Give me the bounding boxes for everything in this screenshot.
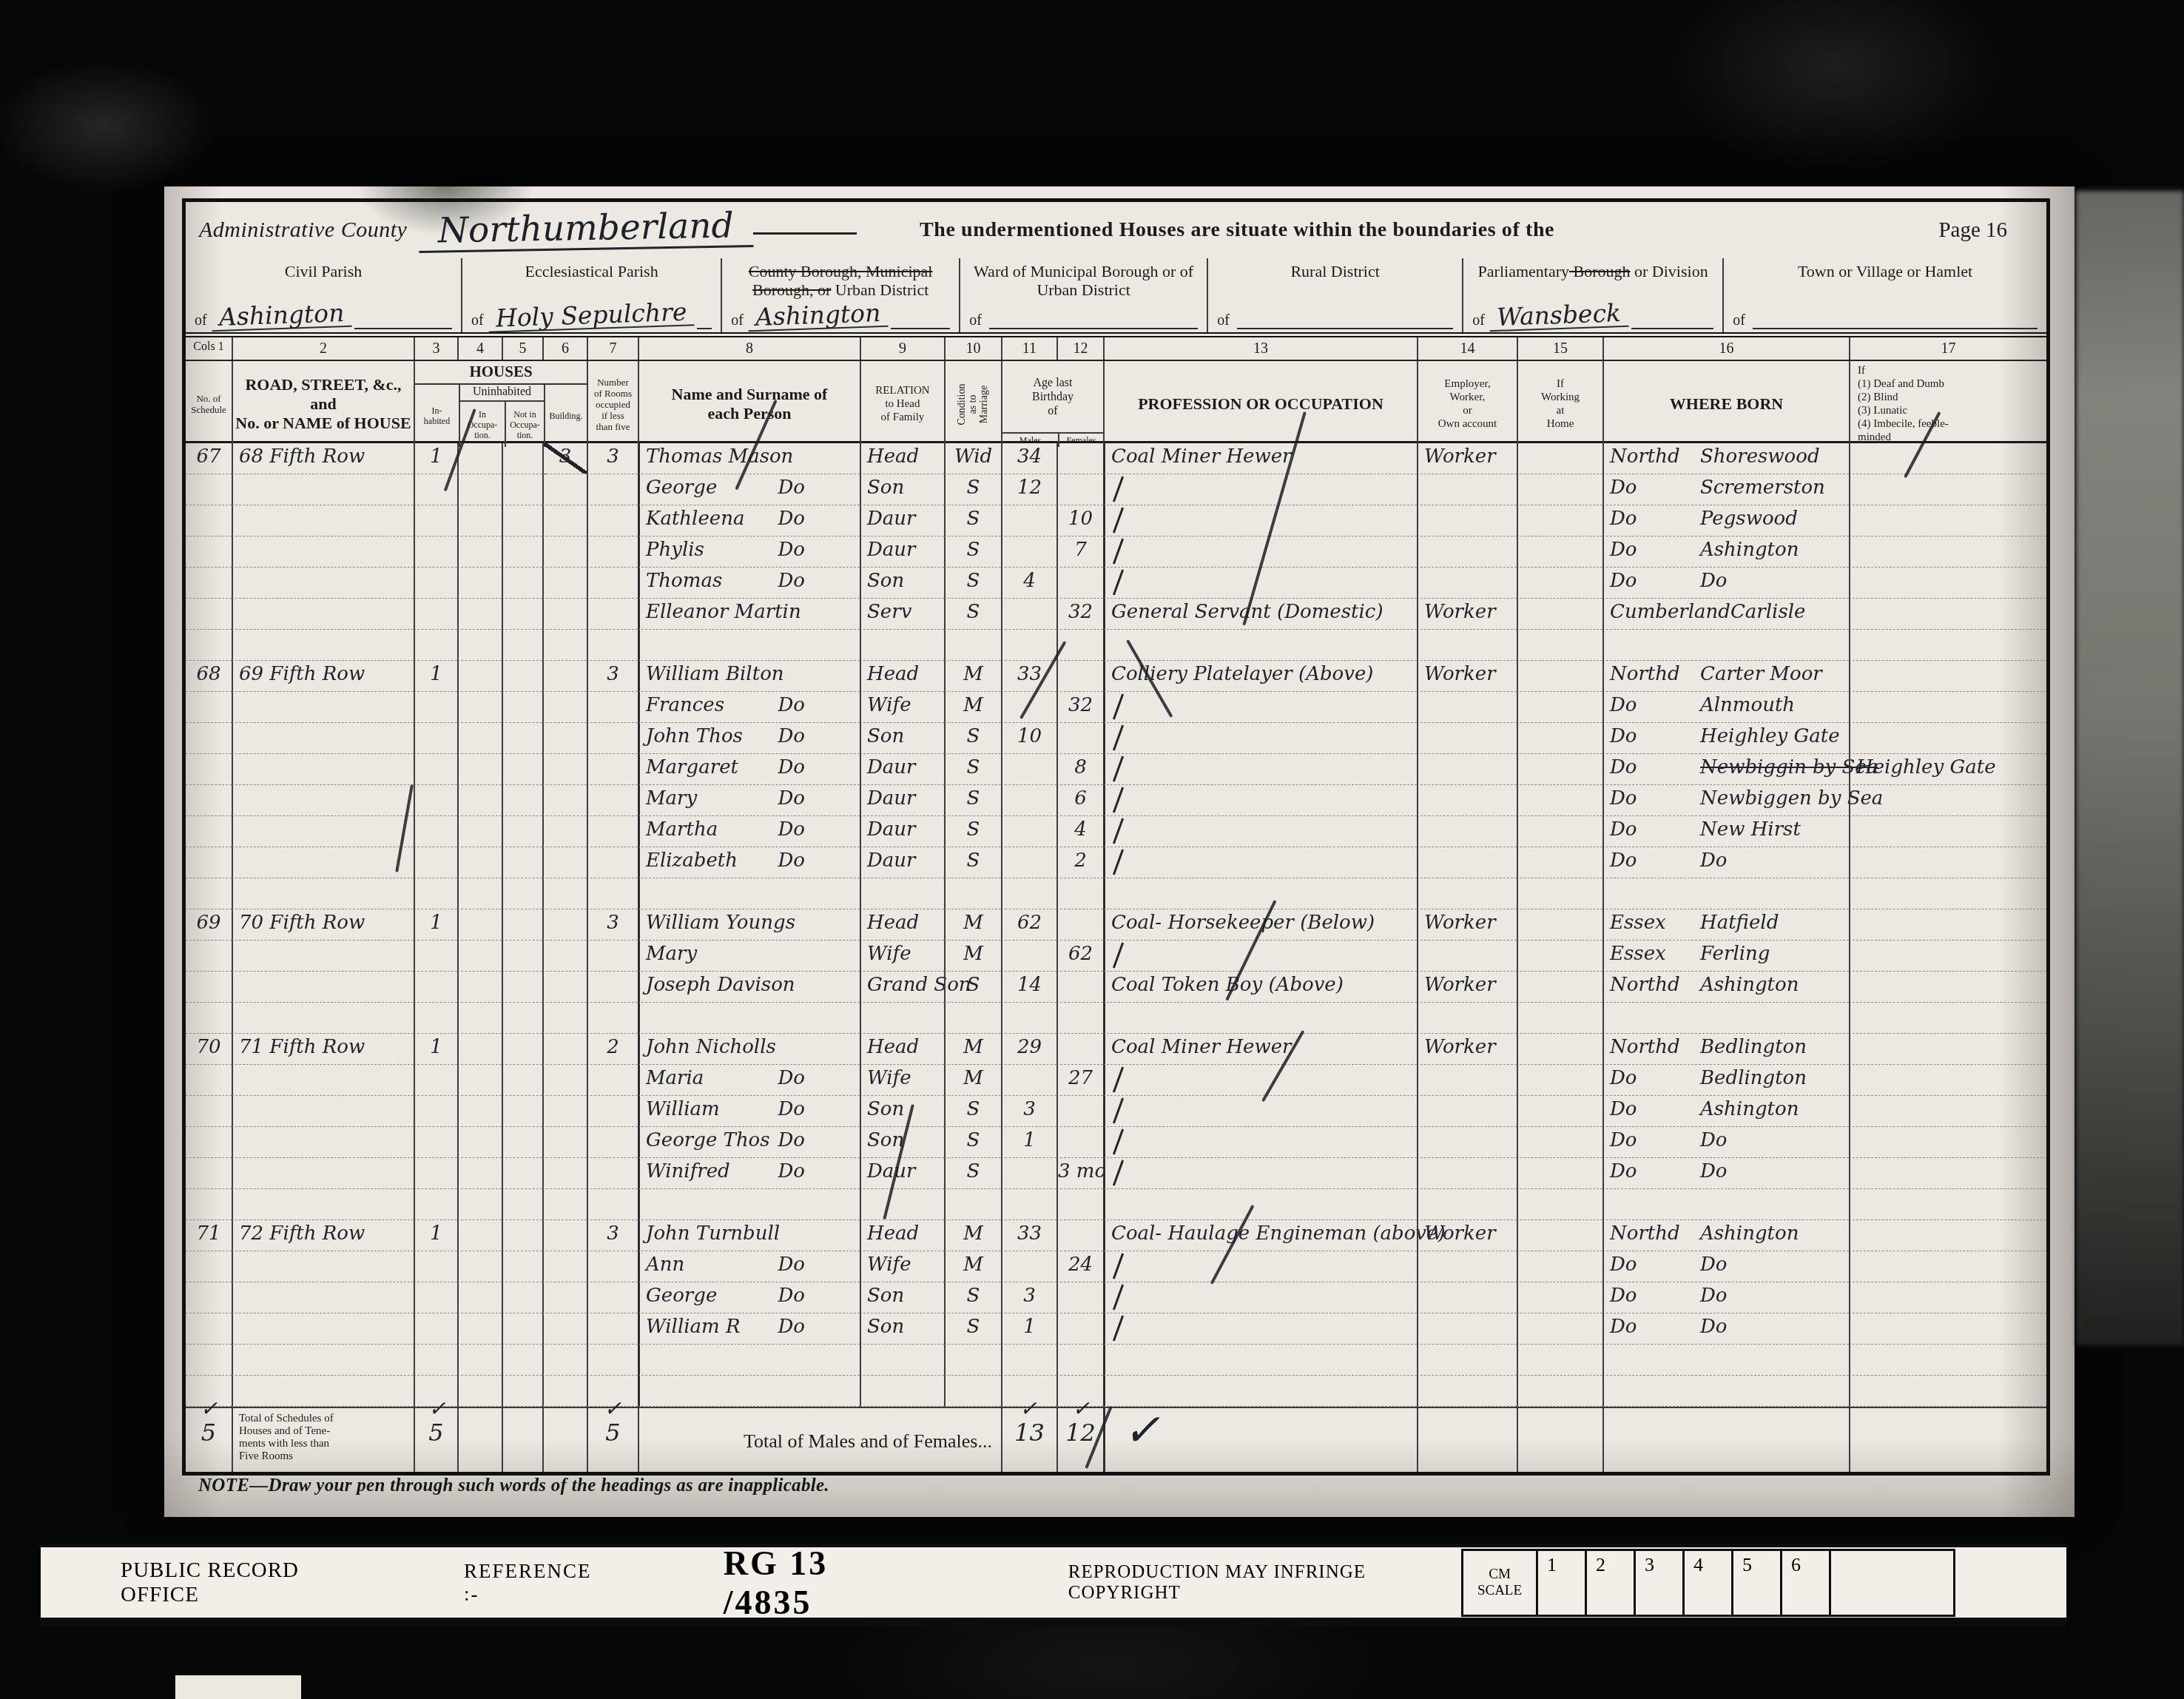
col-number: 4 [457,337,502,360]
cell [1517,692,1602,723]
cell [1417,941,1517,972]
cell: 6 [1056,785,1103,816]
cell: DoAshington [1602,536,1849,568]
table-row: 6970 Fifth Row13William YoungsHeadM62Coa… [186,909,2046,941]
cell [1103,474,1417,505]
copyright-notice: REPRODUCTION MAY INFRINGE COPYRIGHT [1068,1562,1461,1604]
cell: 33 [1001,1220,1056,1251]
header-road-street: ROAD, STREET, &c., and No. or NAME of HO… [232,361,414,447]
cell: John Nicholls [638,1034,860,1065]
cell [457,754,502,785]
cell: Head [860,1220,944,1251]
cell [232,1003,414,1034]
cell: DoBedlington [1602,1065,1849,1096]
cell: 34 [1001,443,1056,474]
person-name: William Youngs [646,912,795,940]
cell [502,630,542,661]
cell [1417,785,1517,816]
totals-inhabited-cell: ✓ 5 [414,1408,457,1472]
cell [414,692,457,723]
cell [1056,1313,1103,1345]
cell [1001,816,1056,847]
cell: CumberlandCarlisle [1602,599,1849,630]
cell: MargaretDo [638,754,860,785]
cell [542,941,587,972]
cell [414,1345,457,1376]
cell [414,1313,457,1345]
cell: ElizabethDo [638,847,860,878]
cell [638,1345,860,1376]
cell [1056,878,1103,909]
born-county: Do [1610,1285,1700,1313]
cell [186,692,232,723]
table-row: ElizabethDoDaurS2DoDo [186,847,2046,878]
cell [414,630,457,661]
cell [1103,1096,1417,1127]
cell: 12 [1001,474,1056,505]
born-county: Do [1610,756,1700,784]
cell [502,1189,542,1220]
cell [1056,1096,1103,1127]
person-name: Thomas Mason [646,445,793,474]
cell [1517,1065,1602,1096]
empty-cell [1849,1408,2046,1472]
ditto-mark: Do [778,1129,806,1157]
cell [1103,941,1417,972]
cell [457,1189,502,1220]
cell [457,1220,502,1251]
cell: 3 [542,443,587,474]
cell: AnnDo [638,1251,860,1282]
cell [232,1251,414,1282]
cell [1001,1345,1056,1376]
cell [502,816,542,847]
cell: 2 [1056,847,1103,878]
cell: M [944,661,1001,692]
cell [1001,1065,1056,1096]
cell: 32 [1056,692,1103,723]
cell [1517,1251,1602,1282]
cell: Coal- Haulage Engineman (above) [1103,1220,1417,1251]
cell [414,1065,457,1096]
cell [1517,1158,1602,1189]
cell [1517,1220,1602,1251]
born-county: Northd [1610,974,1700,1002]
district-2: Ecclesiastical ParishofHoly Sepulchre [461,258,721,332]
cell [1417,1127,1517,1158]
cell [1001,1189,1056,1220]
cell: Worker [1417,443,1517,474]
cell [414,723,457,754]
ditto-mark: Do [778,694,806,722]
cell [457,505,502,536]
col-number: 15 [1517,337,1602,360]
cell [502,1158,542,1189]
cell [457,568,502,599]
district-of-label: of [731,312,744,329]
cell [502,754,542,785]
district-of-label: of [1472,312,1485,329]
cell: Worker [1417,599,1517,630]
cell: 68 Fifth Row [232,443,414,474]
cell: DoNew Hirst [1602,816,1849,847]
cell: WinifredDo [638,1158,860,1189]
cell [1103,692,1417,723]
born-place: Ashington [1700,539,1799,567]
cell: Wife [860,1251,944,1282]
cell: DoDo [1602,1127,1849,1158]
admin-county-label: Administrative County [199,218,407,243]
cell [1517,816,1602,847]
cell [502,505,542,536]
cell: S [944,1282,1001,1313]
cell [1517,723,1602,754]
district-4: Ward of Municipal Borough or of Urban Di… [959,258,1207,332]
cell [542,1096,587,1127]
born-place: Do [1700,1129,1728,1157]
empty-cell [1602,1408,1849,1472]
cell: Daur [860,505,944,536]
cell [542,816,587,847]
empty-cell [1417,1408,1517,1472]
cell [1103,1251,1417,1282]
cell [542,1189,587,1220]
cell [232,505,414,536]
born-place: New Hirst [1700,818,1801,847]
cell: DoDo [1602,568,1849,599]
person-name: William [646,1098,720,1126]
cell [502,723,542,754]
born-place: Ashington [1700,974,1799,1002]
cell [1417,1065,1517,1096]
cell [1103,1376,1417,1407]
blank-line [354,324,452,329]
table-row: MariaDoWifeM27DoBedlington [186,1065,2046,1096]
cell: DoDo [1602,1158,1849,1189]
cm-scale-label: CM SCALE [1463,1551,1536,1615]
cell: 29 [1001,1034,1056,1065]
cell: S [944,723,1001,754]
cell [232,941,414,972]
cell [1849,878,2046,909]
table-row [186,1345,2046,1376]
cell [1417,568,1517,599]
cell: NorthdAshington [1602,1220,1849,1251]
cell [1849,692,2046,723]
office-label: PUBLIC RECORD OFFICE [121,1558,369,1607]
cell [1517,599,1602,630]
born-county: Do [1610,1129,1700,1157]
cell [1417,847,1517,878]
cell [457,1158,502,1189]
cell [1417,536,1517,568]
header-houses-group: HOUSES In- habited Uninhabited In Occupa… [414,361,587,447]
census-form-paper: Administrative County Northumberland The… [164,186,2075,1517]
born-county: Cumberland [1610,601,1730,629]
born-county: Do [1610,539,1700,567]
header-age-group: Age last Birthday of Males Females [1001,361,1103,447]
cell [1517,909,1602,941]
cell [587,1003,638,1034]
cell [1103,1313,1417,1345]
cell [1056,474,1103,505]
cell [944,1189,1001,1220]
cell [1417,816,1517,847]
cell [502,599,542,630]
cell [502,878,542,909]
table-row: William RDoSonS1DoDo [186,1313,2046,1345]
reference-bar: PUBLIC RECORD OFFICE REFERENCE :- RG 13 … [41,1544,2066,1626]
header-no-of-schedule: No. of Schedule [186,361,232,447]
district-of-label: of [195,312,207,329]
cell [1517,878,1602,909]
cell [457,878,502,909]
district-row: Civil ParishofAshingtonEcclesiastical Pa… [186,258,2046,337]
cell: NorthdAshington [1602,972,1849,1003]
header-relation: RELATION to Head of Family [860,361,944,447]
header-employer: Employer, Worker, or Own account [1417,361,1517,447]
table-row: KathleenaDoDaurS10DoPegswood [186,505,2046,536]
cell: Wid [944,443,1001,474]
cell [542,1313,587,1345]
cell: DoDo [1602,1282,1849,1313]
born-place: Ferling [1700,943,1770,971]
cell: S [944,754,1001,785]
table-row: ThomasDoSonS4DoDo [186,568,2046,599]
cell [1001,754,1056,785]
cell: NorthdShoreswood [1602,443,1849,474]
cell [587,972,638,1003]
cell: Coal- Horsekeeper (Below) [1103,909,1417,941]
cell [502,785,542,816]
cell: M [944,1251,1001,1282]
cell [1103,785,1417,816]
cell [1849,1282,2046,1313]
cell: 70 Fifth Row [232,909,414,941]
cell: 68 [186,661,232,692]
cell: Son [860,1313,944,1345]
cell [1056,723,1103,754]
cell: 27 [1056,1065,1103,1096]
person-name: Phylis [646,539,704,567]
born-county: Do [1610,570,1700,598]
cell [587,1158,638,1189]
cell [1417,505,1517,536]
cell [587,692,638,723]
district-of-label: of [471,312,484,329]
col-number: 13 [1103,337,1417,360]
cell [232,1065,414,1096]
cell [1056,1282,1103,1313]
cell [1417,1096,1517,1127]
scan-ghost-strip [2076,191,2184,1345]
person-name: George [646,477,717,505]
district-value: Ashington [211,300,351,332]
cell [1001,1158,1056,1189]
cell: 14 [1001,972,1056,1003]
ditto-mark: Do [778,508,806,536]
born-place: Do [1700,850,1728,878]
cell [414,1096,457,1127]
cell [1517,474,1602,505]
check-mark-icon: ✓ [1019,1396,1037,1421]
cell [457,1034,502,1065]
cell [414,1282,457,1313]
born-place: Ashington [1700,1222,1799,1251]
cell [1417,723,1517,754]
cell [1849,1189,2046,1220]
cell: Son [860,1282,944,1313]
cell [860,1189,944,1220]
header-working-at-home: If Working at Home [1517,361,1602,447]
cell: 70 [186,1034,232,1065]
table-row [186,1376,2046,1407]
cell: S [944,1158,1001,1189]
born-county: Northd [1610,1036,1700,1064]
cell [457,1313,502,1345]
cell: EssexFerling [1602,941,1849,972]
cell [1517,941,1602,972]
header-not-in-occupation: Not in Occupa- tion. [505,402,544,447]
cell [502,1003,542,1034]
table-row [186,630,2046,661]
born-place: Ashington [1700,1098,1799,1126]
cell [1056,661,1103,692]
cell [1417,1158,1517,1189]
blank-line [1631,324,1713,329]
cell [1056,443,1103,474]
empty-cell [542,1408,587,1472]
blank-line [891,324,950,329]
cell: 3 [587,443,638,474]
cell [542,1251,587,1282]
cell [186,536,232,568]
cell: M [944,1034,1001,1065]
cell [1849,1065,2046,1096]
cell: M [944,1220,1001,1251]
table-row: 7071 Fifth Row12John NichollsHeadM29Coal… [186,1034,2046,1065]
cell: 1 [414,909,457,941]
table-row: Elleanor MartinServS32General Servant (D… [186,599,2046,630]
district-value: Wansbeck [1489,300,1628,332]
col-number: 9 [860,337,944,360]
cell [232,1376,414,1407]
cell: 3 [1001,1096,1056,1127]
born-county: Do [1610,1160,1700,1188]
cell [587,536,638,568]
totals-schedule-cell: ✓ 5 [186,1408,232,1472]
born-county: Essex [1610,912,1700,940]
cell [1103,1189,1417,1220]
table-row: 6869 Fifth Row13William BiltonHeadM33Col… [186,661,2046,692]
cell: S [944,1096,1001,1127]
ruler-end [1829,1551,1953,1615]
cell: 62 [1056,941,1103,972]
cell: 69 [186,909,232,941]
cell [1417,1313,1517,1345]
cell [232,599,414,630]
ditto-mark: Do [778,1254,806,1282]
blank-line [1753,324,2038,329]
cell [232,692,414,723]
table-row: GeorgeDoSonS12DoScremerston [186,474,2046,505]
cell [1103,878,1417,909]
born-place: Carlisle [1730,601,1806,629]
cell [414,505,457,536]
cell [232,536,414,568]
col-number: 3 [414,337,457,360]
col-number: 6 [542,337,587,360]
cell [414,972,457,1003]
district-of-label: of [969,312,982,329]
born-place: Do [1700,1285,1728,1313]
born-place: Heighley Gate [1700,725,1840,753]
born-county: Essex [1610,943,1700,971]
cell: DoNewbiggen by Sea [1602,785,1849,816]
table-row: WilliamDoSonS3DoAshington [186,1096,2046,1127]
cell [1103,816,1417,847]
cell [457,443,502,474]
cell [1517,536,1602,568]
cell [944,1003,1001,1034]
cell: EssexHatfield [1602,909,1849,941]
header-houses: HOUSES [415,361,587,385]
ditto-mark: Do [778,1285,806,1313]
cell: Worker [1417,909,1517,941]
cell [542,1158,587,1189]
totals-check-cell: ✓ [1103,1408,1417,1472]
table-row: MaryWifeM62EssexFerling [186,941,2046,972]
cell [1849,1345,2046,1376]
district-label: Parliamentary Borough or Division [1472,262,1713,280]
cell [944,878,1001,909]
cell: 3 [587,909,638,941]
cell: Mary [638,941,860,972]
cell [457,536,502,568]
cell [457,1345,502,1376]
cell [1417,630,1517,661]
cell [502,1220,542,1251]
col-number: 10 [944,337,1001,360]
cell [186,1189,232,1220]
cell: Joseph Davison [638,972,860,1003]
cell: GeorgeDo [638,474,860,505]
cell [502,1345,542,1376]
totals-males: 13 [1014,1419,1045,1447]
cell [1056,1034,1103,1065]
born-place: Do [1700,1160,1728,1188]
cell [1103,847,1417,878]
district-of-label: of [1217,312,1230,329]
cell [502,1251,542,1282]
cell: S [944,1313,1001,1345]
district-label: Ward of Municipal Borough or of Urban Di… [969,262,1198,299]
cell [502,474,542,505]
cell [232,723,414,754]
cell: M [944,1065,1001,1096]
footnote: NOTE—Draw your pen through such words of… [198,1476,829,1496]
cell [587,568,638,599]
cell: Daur [860,847,944,878]
cell [457,816,502,847]
table-row: MarthaDoDaurS4DoNew Hirst [186,816,2046,847]
cell [232,1096,414,1127]
cell [414,568,457,599]
header-condition-text: Condition as to Marriage [957,369,990,440]
table-row [186,878,2046,909]
cell: DoAlnmouth [1602,692,1849,723]
blank-line [697,324,712,329]
